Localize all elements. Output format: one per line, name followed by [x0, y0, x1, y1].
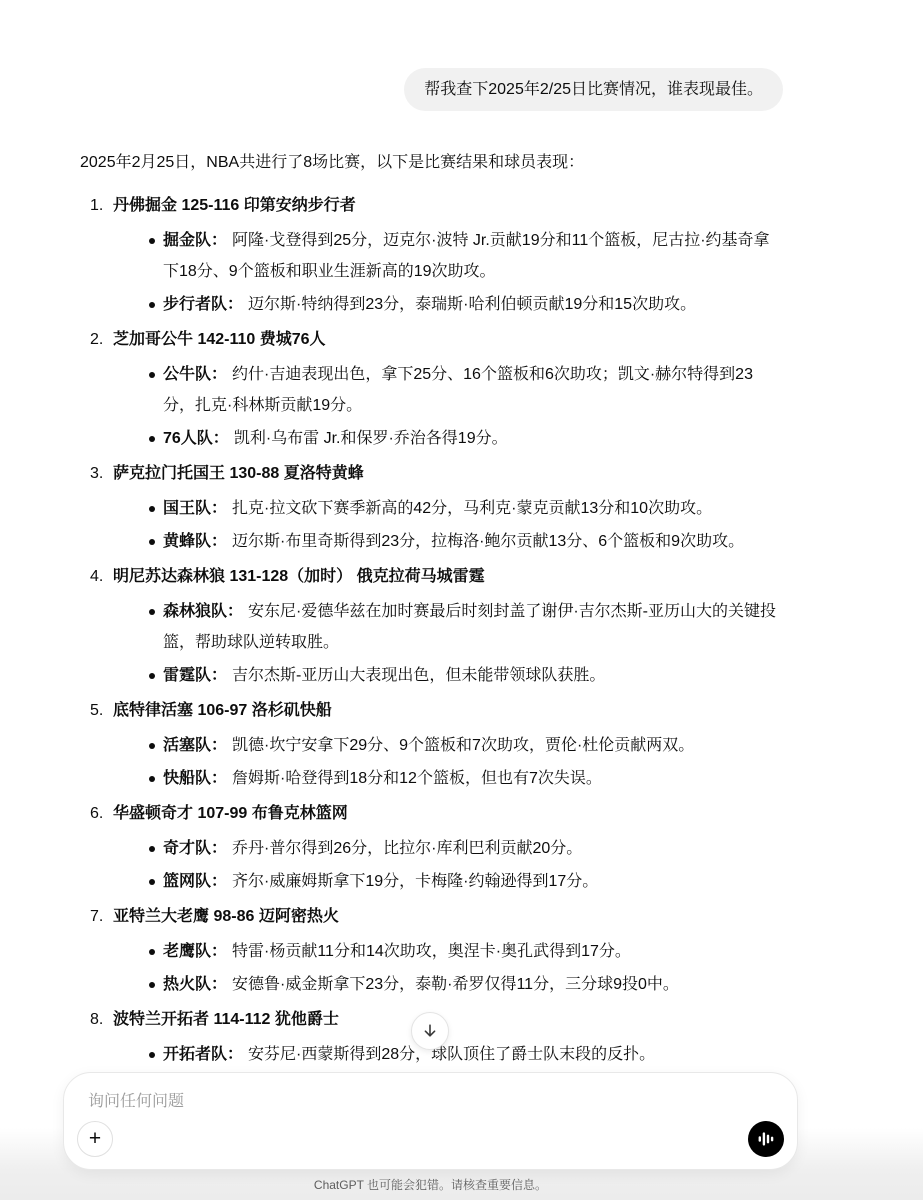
waveform-icon: [757, 1130, 775, 1148]
game-title: 底特律活塞 106-97 洛杉矶快船: [113, 695, 783, 726]
down-arrow-icon: [421, 1022, 439, 1040]
game-item: 4. 明尼苏达森林狼 131-128（加时） 俄克拉荷马城雷霆 森林狼队：安东尼…: [80, 561, 783, 693]
game-number: 3.: [90, 458, 113, 559]
team-bullet-list: 奇才队：乔丹·普尔得到26分，比拉尔·库利巴利贡献20分。 篮网队：齐尔·威廉姆…: [113, 833, 783, 897]
scroll-to-bottom-button[interactable]: [411, 1012, 449, 1050]
team-stat-line: 雷霆队：吉尔杰斯-亚历山大表现出色，但未能带领球队获胜。: [113, 660, 783, 691]
team-label: 掘金队：: [163, 232, 227, 249]
plus-icon: +: [89, 1128, 101, 1149]
team-label: 篮网队：: [163, 873, 227, 890]
team-stat-paragraph: 步行者队：迈尔斯·特纳得到23分，泰瑞斯·哈利伯顿贡献19分和15次助攻。: [163, 289, 696, 320]
game-title: 明尼苏达森林狼 131-128（加时） 俄克拉荷马城雷霆: [113, 561, 783, 592]
game-item: 6. 华盛顿奇才 107-99 布鲁克林篮网 奇才队：乔丹·普尔得到26分，比拉…: [80, 798, 783, 899]
team-bullet-list: 活塞队：凯德·坎宁安拿下29分、9个篮板和7次助攻，贾伦·杜伦贡献两双。 快船队…: [113, 730, 783, 794]
game-title: 萨克拉门托国王 130-88 夏洛特黄蜂: [113, 458, 783, 489]
team-label: 开拓者队：: [163, 1046, 243, 1063]
bullet-dot-icon: [149, 743, 155, 749]
team-stat-text: 凯利·乌布雷 Jr.和保罗·乔治各得19分。: [234, 430, 508, 447]
bullet-dot-icon: [149, 238, 155, 244]
team-stat-line: 国王队：扎克·拉文砍下赛季新高的42分，马利克·蒙克贡献13分和10次助攻。: [113, 493, 783, 524]
team-label: 步行者队：: [163, 296, 243, 313]
game-content: 丹佛掘金 125-116 印第安纳步行者 掘金队：阿隆·戈登得到25分，迈克尔·…: [113, 190, 783, 322]
team-stat-text: 约什·吉迪表现出色，拿下25分、16个篮板和6次助攻；凯文·赫尔特得到23分，扎…: [163, 366, 753, 414]
team-stat-line: 老鹰队：特雷·杨贡献11分和14次助攻，奥涅卡·奥孔武得到17分。: [113, 936, 783, 967]
team-stat-line: 公牛队：约什·吉迪表现出色，拿下25分、16个篮板和6次助攻；凯文·赫尔特得到2…: [113, 359, 783, 421]
bullet-dot-icon: [149, 776, 155, 782]
team-stat-paragraph: 雷霆队：吉尔杰斯-亚历山大表现出色，但未能带领球队获胜。: [163, 660, 605, 691]
bullet-dot-icon: [149, 302, 155, 308]
game-item: 2. 芝加哥公牛 142-110 费城76人 公牛队：约什·吉迪表现出色，拿下2…: [80, 324, 783, 456]
game-number: 4.: [90, 561, 113, 693]
game-title: 亚特兰大老鹰 98-86 迈阿密热火: [113, 901, 783, 932]
team-stat-paragraph: 老鹰队：特雷·杨贡献11分和14次助攻，奥涅卡·奥孔武得到17分。: [163, 936, 631, 967]
team-stat-paragraph: 国王队：扎克·拉文砍下赛季新高的42分，马利克·蒙克贡献13分和10次助攻。: [163, 493, 712, 524]
team-stat-line: 76人队：凯利·乌布雷 Jr.和保罗·乔治各得19分。: [113, 423, 783, 454]
team-label: 雷霆队：: [163, 667, 227, 684]
voice-mode-button[interactable]: [748, 1121, 784, 1157]
team-stat-text: 特雷·杨贡献11分和14次助攻，奥涅卡·奥孔武得到17分。: [232, 943, 631, 960]
team-bullet-list: 国王队：扎克·拉文砍下赛季新高的42分，马利克·蒙克贡献13分和10次助攻。 黄…: [113, 493, 783, 557]
team-stat-text: 迈尔斯·布里奇斯得到23分，拉梅洛·鲍尔贡献13分、6个篮板和9次助攻。: [232, 533, 744, 550]
bullet-dot-icon: [149, 673, 155, 679]
games-list: 1. 丹佛掘金 125-116 印第安纳步行者 掘金队：阿隆·戈登得到25分，迈…: [80, 190, 783, 1105]
team-label: 奇才队：: [163, 840, 227, 857]
team-stat-text: 安德鲁·威金斯拿下23分，泰勒·希罗仅得11分，三分球9投0中。: [232, 976, 679, 993]
team-stat-text: 齐尔·威廉姆斯拿下19分，卡梅隆·约翰逊得到17分。: [232, 873, 598, 890]
team-label: 活塞队：: [163, 737, 227, 754]
game-item: 1. 丹佛掘金 125-116 印第安纳步行者 掘金队：阿隆·戈登得到25分，迈…: [80, 190, 783, 322]
bullet-dot-icon: [149, 609, 155, 615]
team-label: 老鹰队：: [163, 943, 227, 960]
team-stat-paragraph: 森林狼队：安东尼·爱德华兹在加时赛最后时刻封盖了谢伊·吉尔杰斯-亚历山大的关键投…: [163, 596, 783, 658]
user-message-row: 帮我查下2025年2/25日比赛情况，谁表现最佳。: [80, 68, 783, 111]
bullet-dot-icon: [149, 982, 155, 988]
team-stat-paragraph: 黄蜂队：迈尔斯·布里奇斯得到23分，拉梅洛·鲍尔贡献13分、6个篮板和9次助攻。: [163, 526, 744, 557]
team-stat-line: 活塞队：凯德·坎宁安拿下29分、9个篮板和7次助攻，贾伦·杜伦贡献两双。: [113, 730, 783, 761]
team-stat-text: 詹姆斯·哈登得到18分和12个篮板，但也有7次失误。: [232, 770, 602, 787]
disclaimer-text: ChatGPT 也可能会犯错。请核查重要信息。: [63, 1176, 798, 1193]
game-title: 丹佛掘金 125-116 印第安纳步行者: [113, 190, 783, 221]
bullet-dot-icon: [149, 1052, 155, 1058]
team-stat-paragraph: 奇才队：乔丹·普尔得到26分，比拉尔·库利巴利贡献20分。: [163, 833, 582, 864]
team-label: 森林狼队：: [163, 603, 243, 620]
composer: +: [63, 1072, 798, 1170]
team-stat-line: 森林狼队：安东尼·爱德华兹在加时赛最后时刻封盖了谢伊·吉尔杰斯-亚历山大的关键投…: [113, 596, 783, 658]
team-label: 快船队：: [163, 770, 227, 787]
bullet-dot-icon: [149, 506, 155, 512]
team-label: 76人队：: [163, 430, 229, 447]
team-stat-line: 黄蜂队：迈尔斯·布里奇斯得到23分，拉梅洛·鲍尔贡献13分、6个篮板和9次助攻。: [113, 526, 783, 557]
team-stat-text: 安东尼·爱德华兹在加时赛最后时刻封盖了谢伊·吉尔杰斯-亚历山大的关键投篮，帮助球…: [163, 603, 776, 651]
game-number: 5.: [90, 695, 113, 796]
attach-plus-button[interactable]: +: [77, 1121, 113, 1157]
team-stat-line: 奇才队：乔丹·普尔得到26分，比拉尔·库利巴利贡献20分。: [113, 833, 783, 864]
team-stat-paragraph: 篮网队：齐尔·威廉姆斯拿下19分，卡梅隆·约翰逊得到17分。: [163, 866, 598, 897]
team-stat-line: 快船队：詹姆斯·哈登得到18分和12个篮板，但也有7次失误。: [113, 763, 783, 794]
game-item: 3. 萨克拉门托国王 130-88 夏洛特黄蜂 国王队：扎克·拉文砍下赛季新高的…: [80, 458, 783, 559]
game-number: 2.: [90, 324, 113, 456]
team-bullet-list: 掘金队：阿隆·戈登得到25分，迈克尔·波特 Jr.贡献19分和11个篮板，尼古拉…: [113, 225, 783, 320]
team-stat-paragraph: 活塞队：凯德·坎宁安拿下29分、9个篮板和7次助攻，贾伦·杜伦贡献两双。: [163, 730, 694, 761]
team-stat-paragraph: 76人队：凯利·乌布雷 Jr.和保罗·乔治各得19分。: [163, 423, 508, 454]
game-number: 1.: [90, 190, 113, 322]
team-stat-line: 开拓者队：安芬尼·西蒙斯得到28分，球队顶住了爵士队末段的反扑。: [113, 1039, 783, 1070]
team-stat-text: 扎克·拉文砍下赛季新高的42分，马利克·蒙克贡献13分和10次助攻。: [232, 500, 712, 517]
conversation: 帮我查下2025年2/25日比赛情况，谁表现最佳。 2025年2月25日，NBA…: [80, 0, 783, 1107]
team-label: 国王队：: [163, 500, 227, 517]
team-stat-text: 阿隆·戈登得到25分，迈克尔·波特 Jr.贡献19分和11个篮板，尼古拉·约基奇…: [163, 232, 770, 280]
game-title: 华盛顿奇才 107-99 布鲁克林篮网: [113, 798, 783, 829]
game-content: 底特律活塞 106-97 洛杉矶快船 活塞队：凯德·坎宁安拿下29分、9个篮板和…: [113, 695, 783, 796]
bullet-dot-icon: [149, 879, 155, 885]
message-input[interactable]: [64, 1073, 797, 1117]
team-stat-line: 掘金队：阿隆·戈登得到25分，迈克尔·波特 Jr.贡献19分和11个篮板，尼古拉…: [113, 225, 783, 287]
team-stat-text: 迈尔斯·特纳得到23分，泰瑞斯·哈利伯顿贡献19分和15次助攻。: [248, 296, 696, 313]
game-content: 亚特兰大老鹰 98-86 迈阿密热火 老鹰队：特雷·杨贡献11分和14次助攻，奥…: [113, 901, 783, 1002]
game-content: 萨克拉门托国王 130-88 夏洛特黄蜂 国王队：扎克·拉文砍下赛季新高的42分…: [113, 458, 783, 559]
team-stat-text: 安芬尼·西蒙斯得到28分，球队顶住了爵士队末段的反扑。: [248, 1046, 655, 1063]
team-stat-text: 乔丹·普尔得到26分，比拉尔·库利巴利贡献20分。: [232, 840, 582, 857]
bullet-dot-icon: [149, 846, 155, 852]
team-bullet-list: 老鹰队：特雷·杨贡献11分和14次助攻，奥涅卡·奥孔武得到17分。 热火队：安德…: [113, 936, 783, 1000]
team-stat-line: 热火队：安德鲁·威金斯拿下23分，泰勒·希罗仅得11分，三分球9投0中。: [113, 969, 783, 1000]
team-label: 热火队：: [163, 976, 227, 993]
team-label: 黄蜂队：: [163, 533, 227, 550]
team-bullet-list: 公牛队：约什·吉迪表现出色，拿下25分、16个篮板和6次助攻；凯文·赫尔特得到2…: [113, 359, 783, 454]
team-stat-text: 凯德·坎宁安拿下29分、9个篮板和7次助攻，贾伦·杜伦贡献两双。: [232, 737, 694, 754]
team-stat-paragraph: 热火队：安德鲁·威金斯拿下23分，泰勒·希罗仅得11分，三分球9投0中。: [163, 969, 679, 1000]
game-content: 华盛顿奇才 107-99 布鲁克林篮网 奇才队：乔丹·普尔得到26分，比拉尔·库…: [113, 798, 783, 899]
user-message-bubble: 帮我查下2025年2/25日比赛情况，谁表现最佳。: [404, 68, 783, 111]
game-content: 芝加哥公牛 142-110 费城76人 公牛队：约什·吉迪表现出色，拿下25分、…: [113, 324, 783, 456]
bullet-dot-icon: [149, 372, 155, 378]
game-number: 6.: [90, 798, 113, 899]
game-item: 7. 亚特兰大老鹰 98-86 迈阿密热火 老鹰队：特雷·杨贡献11分和14次助…: [80, 901, 783, 1002]
team-bullet-list: 森林狼队：安东尼·爱德华兹在加时赛最后时刻封盖了谢伊·吉尔杰斯-亚历山大的关键投…: [113, 596, 783, 691]
team-stat-paragraph: 公牛队：约什·吉迪表现出色，拿下25分、16个篮板和6次助攻；凯文·赫尔特得到2…: [163, 359, 783, 421]
team-stat-paragraph: 掘金队：阿隆·戈登得到25分，迈克尔·波特 Jr.贡献19分和11个篮板，尼古拉…: [163, 225, 783, 287]
team-stat-line: 篮网队：齐尔·威廉姆斯拿下19分，卡梅隆·约翰逊得到17分。: [113, 866, 783, 897]
bullet-dot-icon: [149, 949, 155, 955]
assistant-intro-text: 2025年2月25日，NBA共进行了8场比赛，以下是比赛结果和球员表现：: [80, 150, 783, 176]
team-stat-paragraph: 开拓者队：安芬尼·西蒙斯得到28分，球队顶住了爵士队末段的反扑。: [163, 1039, 655, 1070]
game-content: 明尼苏达森林狼 131-128（加时） 俄克拉荷马城雷霆 森林狼队：安东尼·爱德…: [113, 561, 783, 693]
team-label: 公牛队：: [163, 366, 227, 383]
bullet-dot-icon: [149, 436, 155, 442]
chat-page: 帮我查下2025年2/25日比赛情况，谁表现最佳。 2025年2月25日，NBA…: [0, 0, 923, 1200]
game-number: 7.: [90, 901, 113, 1002]
team-stat-text: 吉尔杰斯-亚历山大表现出色，但未能带领球队获胜。: [232, 667, 605, 684]
team-stat-paragraph: 快船队：詹姆斯·哈登得到18分和12个篮板，但也有7次失误。: [163, 763, 602, 794]
bullet-dot-icon: [149, 539, 155, 545]
team-stat-line: 步行者队：迈尔斯·特纳得到23分，泰瑞斯·哈利伯顿贡献19分和15次助攻。: [113, 289, 783, 320]
game-item: 5. 底特律活塞 106-97 洛杉矶快船 活塞队：凯德·坎宁安拿下29分、9个…: [80, 695, 783, 796]
game-title: 芝加哥公牛 142-110 费城76人: [113, 324, 783, 355]
